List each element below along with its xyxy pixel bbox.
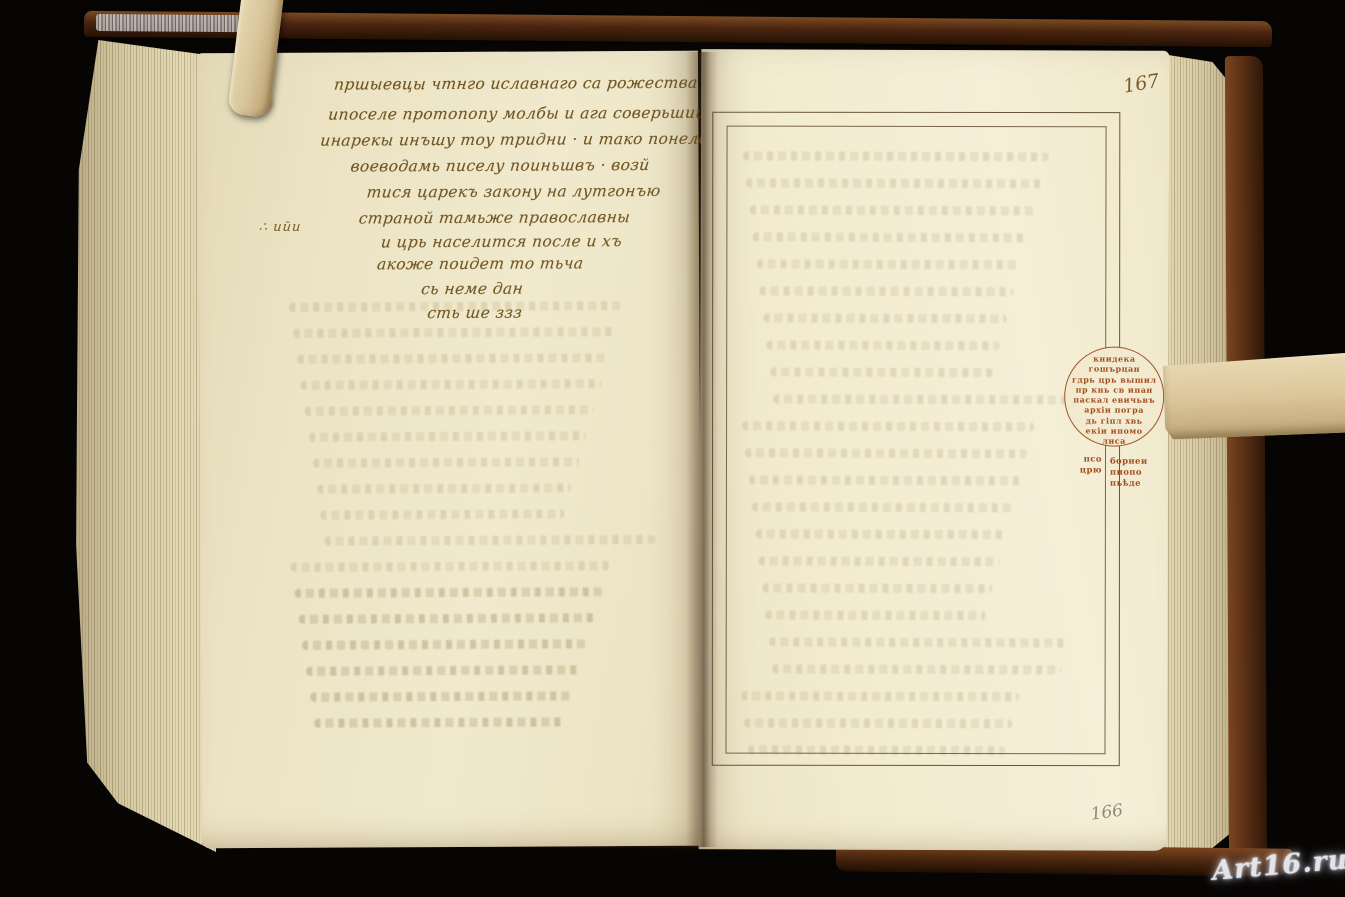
bleedthrough-line [317, 483, 572, 493]
bleedthrough-line [291, 561, 610, 572]
manuscript-line: акоже поидет то тьча [376, 255, 584, 273]
bleedthrough-line [293, 327, 616, 338]
bleedthrough-line [289, 301, 623, 312]
stamp-text-line: архіи погра [1065, 405, 1163, 416]
bleedthrough-line [749, 475, 1020, 485]
stamp-caption-line: пиопо [1110, 468, 1148, 479]
stamp-text-line: паскал евичьвъ [1065, 395, 1163, 406]
right-bleedthrough-text [741, 151, 1091, 773]
stamp-caption-left: псоцрю [1068, 454, 1102, 476]
bleedthrough-line [762, 583, 992, 593]
right-stack-striations [1162, 54, 1232, 856]
book-gutter-shadow [686, 52, 718, 847]
page-number-167: 167 [1122, 72, 1161, 97]
bleedthrough-line [767, 340, 1000, 350]
stamp-caption-line: борнеи [1110, 457, 1148, 468]
stamp-caption-right: борнеипиопопьѣде [1110, 457, 1148, 490]
bleedthrough-line [313, 457, 579, 467]
manuscript-line: и црь населится после и хъ [380, 233, 623, 251]
manuscript-photo: пршыевцы чтнго иславнаго са рожества ∴ип… [0, 0, 1345, 897]
right-page-stack-edge [1162, 54, 1232, 856]
wooden-bookmark-stick-right [1163, 352, 1345, 439]
left-stack-striations [76, 40, 216, 852]
stamp-text-line: книдека [1065, 353, 1163, 364]
manuscript-line: страной тамьже православны [358, 209, 631, 227]
bleedthrough-line [295, 587, 603, 598]
stamp-text-line: гдрь црь вышил [1065, 374, 1163, 385]
stamp-caption-line: псо [1068, 454, 1102, 465]
manuscript-line: сь неме дан [420, 281, 524, 299]
stamp-caption-line: црю [1068, 465, 1102, 476]
bleedthrough-line [744, 718, 1012, 728]
stamp-text-line: гошърцан [1065, 364, 1163, 375]
manuscript-line: воеводамь писелу поиньшвъ · возй [350, 157, 651, 176]
bleedthrough-line [760, 286, 1014, 296]
manuscript-line: пршыевцы чтнго иславнаго са рожества ∴ [333, 75, 714, 94]
left-page: пршыевцы чтнго иславнаго са рожества ∴ип… [198, 51, 702, 849]
bleedthrough-line [321, 509, 564, 519]
bleedthrough-line [325, 535, 656, 546]
bleedthrough-line [757, 259, 1021, 269]
bleedthrough-line [742, 421, 1034, 431]
bleedthrough-line [301, 379, 601, 390]
manuscript-line: инарекы инъшу тоу тридни · и тако понеле [320, 131, 710, 150]
bleedthrough-line [305, 405, 594, 416]
bleedthrough-line [314, 717, 565, 727]
bleedthrough-line [769, 637, 1068, 647]
book-right-leather-cover [1225, 56, 1267, 864]
stamp-caption-line: пьѣде [1110, 479, 1148, 490]
bleedthrough-line [309, 431, 586, 441]
bleedthrough-line [297, 353, 609, 364]
bleedthrough-line [763, 313, 1007, 323]
bleedthrough-line [752, 502, 1013, 512]
stamp-text-line: екіи ипомо [1065, 426, 1163, 437]
margin-note: ∴ ийи [258, 221, 302, 234]
right-page: 167 книдекагошърцангдрь црь вышилпр кнь … [699, 49, 1170, 851]
bleedthrough-line [306, 665, 580, 675]
bleedthrough-line [773, 394, 1076, 404]
bleedthrough-line [766, 610, 985, 620]
bleedthrough-line [759, 556, 999, 566]
bleedthrough-line [756, 529, 1007, 539]
bleedthrough-line [310, 691, 572, 701]
bleedthrough-line [298, 613, 594, 624]
stamp-text-line: пр кнь св ипан [1065, 384, 1163, 395]
bleedthrough-line [745, 448, 1027, 458]
left-bleedthrough-text [289, 301, 671, 745]
bleedthrough-line [743, 151, 1049, 161]
bleedthrough-line [750, 205, 1035, 215]
stamp-text-line: дь гіпл хвь [1065, 415, 1163, 426]
bleedthrough-line [741, 691, 1019, 701]
stamp-text-line: лиса [1065, 436, 1163, 447]
bleedthrough-line [773, 664, 1062, 674]
bleedthrough-line [746, 178, 1042, 188]
bleedthrough-line [770, 367, 993, 377]
left-page-stack-edge [76, 40, 216, 852]
page-number-166: 166 [1090, 802, 1124, 823]
round-ink-stamp: книдекагошърцангдрь црь вышилпр кнь св и… [1064, 346, 1164, 446]
manuscript-line: тися царекъ закону на лутгонъю [366, 183, 662, 202]
bleedthrough-line [748, 745, 1006, 755]
bleedthrough-line [753, 232, 1028, 242]
bleedthrough-line [302, 639, 587, 649]
manuscript-line: ипоселе протопопу молбы и ага соверьшиши [327, 105, 721, 124]
